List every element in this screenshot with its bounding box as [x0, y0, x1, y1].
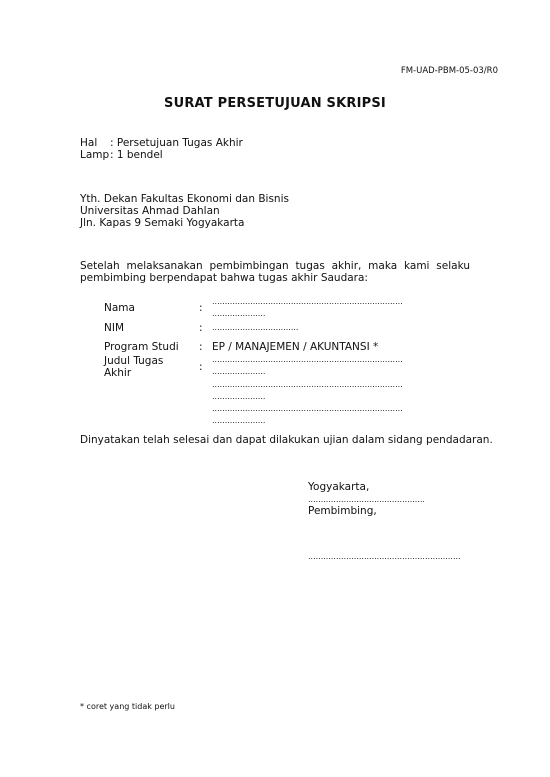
form-code: FM-UAD-PBM-05-03/R0 [401, 66, 498, 76]
nama-field-line-2[interactable]: ..................... [212, 308, 265, 320]
hal-row: Hal: Persetujuan Tugas Akhir [80, 137, 243, 149]
lamp-row: Lamp: 1 bendel [80, 149, 163, 161]
nim-field[interactable]: .................................. [212, 322, 298, 334]
lamp-label: Lamp [80, 149, 110, 161]
judul-field-line-6[interactable]: ..................... [212, 415, 265, 427]
nama-field-line-1[interactable]: ........................................… [212, 296, 403, 308]
recipient-line-1: Yth. Dekan Fakultas Ekonomi dan Bisnis [80, 193, 289, 205]
nama-colon: : [199, 302, 203, 314]
nim-label: NIM [104, 322, 124, 334]
hal-value: : Persetujuan Tugas Akhir [110, 137, 243, 149]
lamp-value: : 1 bendel [110, 149, 163, 161]
nama-label: Nama [104, 302, 135, 314]
judul-colon: : [199, 361, 203, 373]
judul-field-line-1[interactable]: ........................................… [212, 354, 403, 366]
judul-field-line-5[interactable]: ........................................… [212, 403, 403, 415]
prodi-label: Program Studi [104, 341, 179, 353]
judul-label-1: Judul Tugas [104, 355, 163, 367]
judul-field-line-2[interactable]: ..................... [212, 366, 265, 378]
signature-name-field[interactable]: ........................................… [308, 551, 461, 563]
judul-field-line-3[interactable]: ........................................… [212, 379, 403, 391]
nim-colon: : [199, 322, 203, 334]
prodi-value: EP / MANAJEMEN / AKUNTANSI * [212, 341, 378, 353]
prodi-colon: : [199, 341, 203, 353]
judul-field-line-4[interactable]: ..................... [212, 391, 265, 403]
signature-role: Pembimbing, [308, 505, 377, 517]
recipient-line-3: Jln. Kapas 9 Semaki Yogyakarta [80, 217, 244, 229]
recipient-line-2: Universitas Ahmad Dahlan [80, 205, 220, 217]
judul-label-2: Akhir [104, 367, 131, 379]
intro-line-2: pembimbing berpendapat bahwa tugas akhir… [80, 272, 368, 284]
footnote: * coret yang tidak perlu [80, 702, 175, 711]
signature-place: Yogyakarta, [308, 481, 369, 493]
intro-line-1: Setelah melaksanakan pembimbingan tugas … [80, 260, 470, 272]
closing-statement: Dinyatakan telah selesai dan dapat dilak… [80, 434, 493, 446]
hal-label: Hal [80, 137, 110, 149]
document-title: SURAT PERSETUJUAN SKRIPSI [0, 96, 550, 111]
